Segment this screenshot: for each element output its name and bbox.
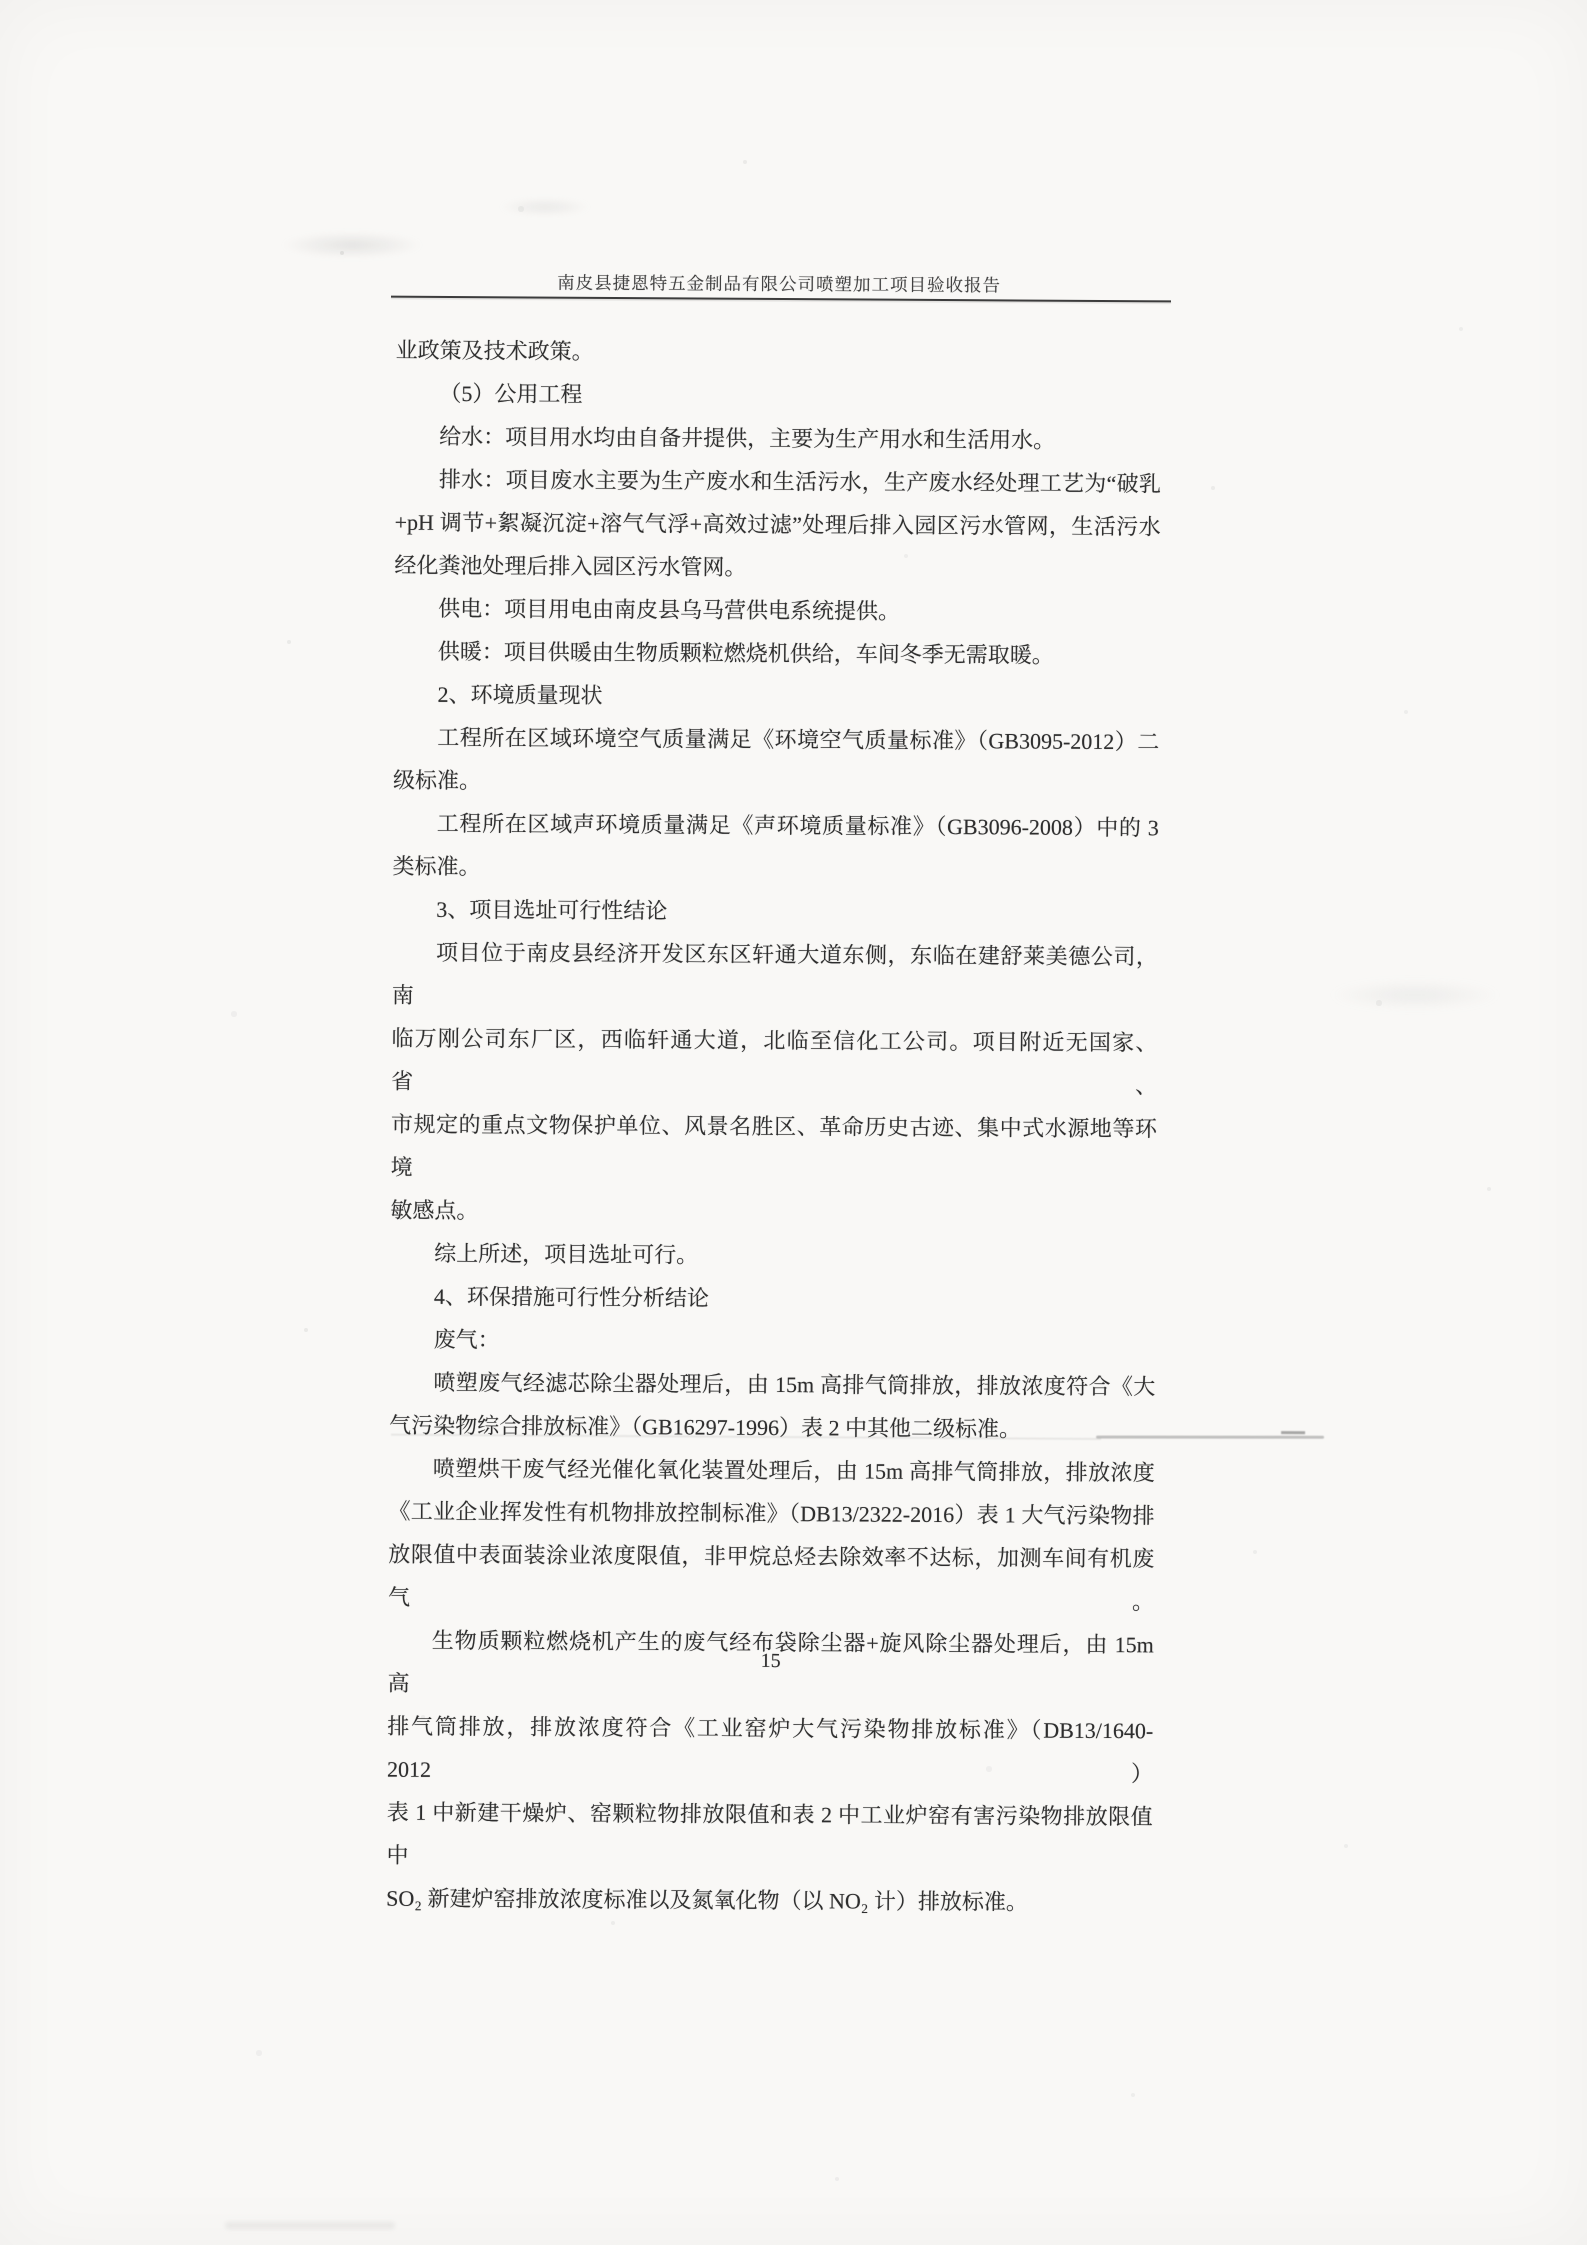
text-line: 表 1 中新建干燥炉、窑颗粒物排放限值和表 2 中工业炉窑有害污染物排放限值中 bbox=[386, 1791, 1153, 1882]
text-line: 临万刚公司东厂区，西临轩通大道，北临至信化工公司。项目附近无国家、省、 bbox=[391, 1017, 1158, 1108]
text-line: 3、项目选址可行性结论 bbox=[392, 888, 1158, 936]
page-number: 15 bbox=[388, 1648, 1154, 1676]
text-line: 给水：项目用水均由自备井提供，主要为生产用水和生活用水。 bbox=[395, 415, 1161, 463]
text-line: 类标准。 bbox=[392, 845, 1158, 893]
scan-smudge bbox=[1281, 1431, 1305, 1434]
text-line: 级标准。 bbox=[393, 759, 1159, 807]
text-line: （5）公用工程 bbox=[395, 372, 1161, 420]
text-line: 市规定的重点文物保护单位、风景名胜区、革命历史古迹、集中式水源地等环境 bbox=[391, 1103, 1158, 1194]
text-line: 废气： bbox=[390, 1318, 1156, 1366]
text-line: 排水：项目废水主要为生产废水和生活污水，生产废水经处理工艺为“破乳 bbox=[395, 458, 1161, 506]
text-line: 经化粪池处理后排入园区污水管网。 bbox=[394, 544, 1160, 592]
text-line: 2、环境质量现状 bbox=[393, 673, 1159, 721]
page-header-title: 南皮县捷恩特五金制品有限公司喷塑加工项目验收报告 bbox=[396, 269, 1162, 299]
text-line: 敏感点。 bbox=[390, 1189, 1156, 1237]
text-line: 喷塑烘干废气经光催化氧化装置处理后，由 15m 高排气筒排放，排放浓度 bbox=[389, 1447, 1155, 1495]
text-line: 排气筒排放，排放浓度符合《工业窑炉大气污染物排放标准》（DB13/1640-20… bbox=[387, 1705, 1154, 1796]
text-line: 供暖：项目供暖由生物质颗粒燃烧机供给，车间冬季无需取暖。 bbox=[394, 630, 1160, 678]
text-line: 放限值中表面装涂业浓度限值，非甲烷总烃去除效率不达标，加测车间有机废气。 bbox=[388, 1533, 1155, 1624]
scanned-document-page: 南皮县捷恩特五金制品有限公司喷塑加工项目验收报告 业政策及技术政策。（5）公用工… bbox=[0, 0, 1587, 2245]
text-line: 业政策及技术政策。 bbox=[396, 329, 1162, 377]
text-line: 工程所在区域声环境质量满足《声环境质量标准》（GB3096-2008）中的 3 bbox=[393, 802, 1159, 850]
body-text: 业政策及技术政策。（5）公用工程给水：项目用水均由自备井提供，主要为生产用水和生… bbox=[386, 329, 1162, 1925]
text-line: 4、环保措施可行性分析结论 bbox=[390, 1275, 1156, 1323]
text-line: 喷塑废气经滤芯除尘器处理后，由 15m 高排气筒排放，排放浓度符合《大 bbox=[389, 1361, 1155, 1409]
text-line: +pH 调节+絮凝沉淀+溶气气浮+高效过滤”处理后排入园区污水管网，生活污水 bbox=[395, 501, 1161, 549]
text-line: 工程所在区域环境空气质量满足《环境空气质量标准》（GB3095-2012）二 bbox=[393, 716, 1159, 764]
text-line: 《工业企业挥发性有机物排放控制标准》（DB13/2322-2016）表 1 大气… bbox=[388, 1490, 1154, 1538]
text-line: SO₂ 新建炉窑排放浓度标准以及氮氧化物（以 NO₂ 计）排放标准。 bbox=[386, 1877, 1152, 1925]
text-line: 项目位于南皮县经济开发区东区轩通大道东侧，东临在建舒莱美德公司，南 bbox=[392, 931, 1159, 1022]
text-line: 供电：项目用电由南皮县乌马营供电系统提供。 bbox=[394, 587, 1160, 635]
text-line: 综上所述，项目选址可行。 bbox=[390, 1232, 1156, 1280]
scan-content: 南皮县捷恩特五金制品有限公司喷塑加工项目验收报告 业政策及技术政策。（5）公用工… bbox=[0, 0, 1587, 2245]
text-line: 气污染物综合排放标准》（GB16297-1996）表 2 中其他二级标准。 bbox=[389, 1404, 1155, 1452]
